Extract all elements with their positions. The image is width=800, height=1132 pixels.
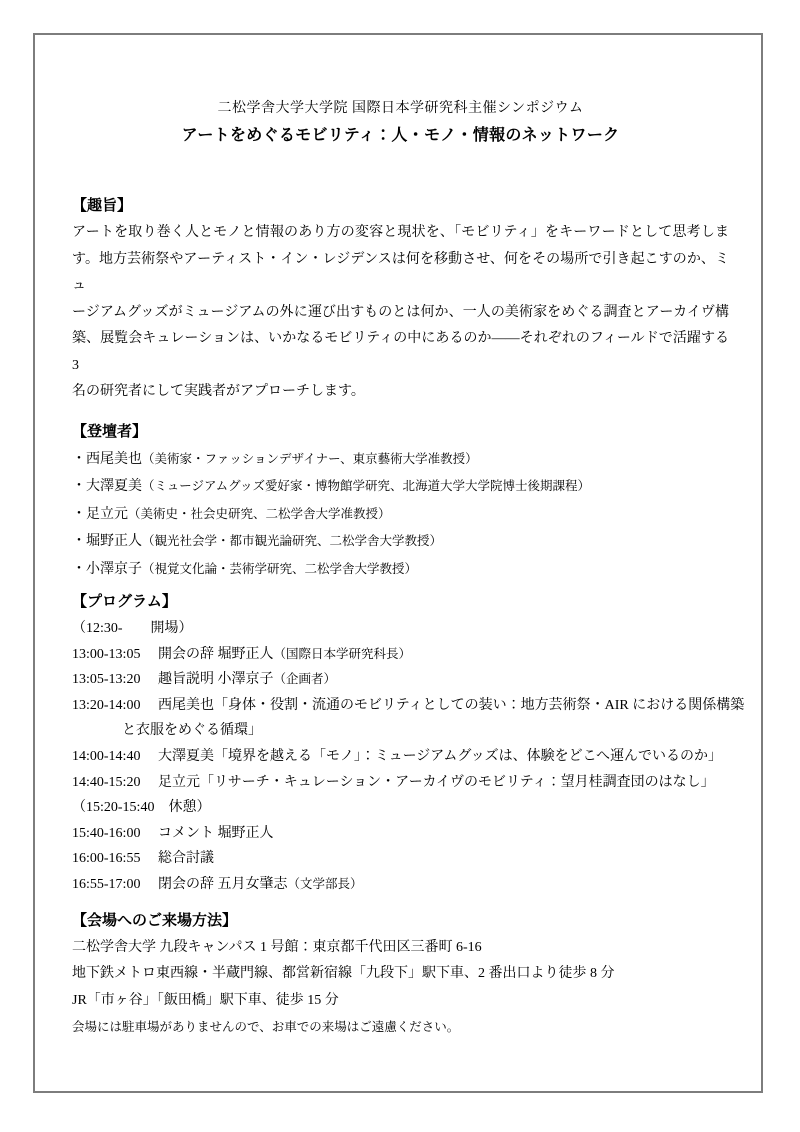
purpose-heading: 【趣旨】 — [72, 193, 729, 220]
symposium-supertitle: 二松学舎大学大学院 国際日本学研究科主催シンポジウム — [72, 95, 729, 122]
speaker-name: ・西尾美也 — [72, 452, 142, 467]
purpose-line: 名の研究者にして実践者がアプローチします。 — [72, 379, 729, 406]
program-row: 13:00-13:05 開会の辞 堀野正人（国際日本学研究科長） — [72, 642, 729, 668]
section-purpose: 【趣旨】 アートを取り巻く人とモノと情報のあり方の変容と現状を、「モビリティ」を… — [72, 193, 729, 406]
program-row: 14:40-15:20 足立元「リサーチ・キュレーション・アーカイヴのモビリティ… — [72, 770, 729, 796]
program-time: 14:00-14:40 — [72, 744, 158, 770]
program-text-note: （企画者） — [274, 672, 337, 686]
access-parking-note: 会場には駐車場がありませんので、お車での来場はご遠慮ください。 — [72, 1014, 729, 1041]
program-text-note: （文学部長） — [288, 877, 363, 891]
speakers-heading: 【登壇者】 — [72, 419, 729, 446]
access-line-venue: 二松学舎大学 九段キャンパス 1 号館：東京都千代田区三番町 6-16 — [72, 935, 729, 962]
program-row-continuation: と衣服をめぐる循環」 — [72, 718, 729, 744]
speaker-item: ・西尾美也（美術家・ファッションデザイナー、東京藝術大学准教授） — [72, 446, 729, 474]
program-text-main: 趣旨説明 小澤京子 — [158, 672, 274, 687]
program-text: 西尾美也「身体・役割・流通のモビリティとしての装い：地方芸術祭・AIR における… — [158, 693, 744, 719]
section-access: 【会場へのご来場方法】 二松学舎大学 九段キャンパス 1 号館：東京都千代田区三… — [72, 908, 729, 1041]
program-text-main: コメント 堀野正人 — [158, 826, 274, 841]
program-text: 大澤夏美「境界を越える「モノ」：ミュージアムグッズは、体験をどこへ運んでいるのか… — [158, 744, 722, 770]
symposium-title: アートをめぐるモビリティ：人・モノ・情報のネットワーク — [72, 122, 729, 149]
program-time: 13:20-14:00 — [72, 693, 158, 719]
program-text: 総合討議 — [158, 846, 214, 872]
access-heading: 【会場へのご来場方法】 — [72, 908, 729, 935]
purpose-line: アートを取り巻く人とモノと情報のあり方の変容と現状を、「モビリティ」をキーワード… — [72, 220, 729, 247]
program-text-main: 足立元「リサーチ・キュレーション・アーカイヴのモビリティ：望月桂調査団のはなし」 — [158, 775, 715, 790]
program-row: 14:00-14:40 大澤夏美「境界を越える「モノ」：ミュージアムグッズは、体… — [72, 744, 729, 770]
program-row: 13:20-14:00 西尾美也「身体・役割・流通のモビリティとしての装い：地方… — [72, 693, 729, 719]
speaker-note: （美術家・ファッションデザイナー、東京藝術大学准教授） — [142, 452, 478, 466]
section-speakers: 【登壇者】 ・西尾美也（美術家・ファッションデザイナー、東京藝術大学准教授） ・… — [72, 419, 729, 584]
program-text-main: 総合討議 — [158, 851, 214, 866]
speaker-name: ・小澤京子 — [72, 562, 142, 577]
document-page: 二松学舎大学大学院 国際日本学研究科主催シンポジウム アートをめぐるモビリティ：… — [0, 0, 800, 1132]
speaker-note: （観光社会学・都市観光論研究、二松学舎大学教授） — [142, 534, 442, 548]
program-row: 16:00-16:55 総合討議 — [72, 846, 729, 872]
speaker-item: ・小澤京子（視覚文化論・芸術学研究、二松学舎大学教授） — [72, 556, 729, 584]
speaker-name: ・足立元 — [72, 507, 128, 522]
program-text-main: 開会の辞 堀野正人 — [158, 647, 274, 662]
speaker-note: （ミュージアムグッズ愛好家・博物館学研究、北海道大学大学院博士後期課程） — [142, 479, 590, 493]
purpose-line: 築、展覧会キュレーションは、いかなるモビリティの中にあるのか——それぞれのフィー… — [72, 326, 729, 379]
speaker-name: ・堀野正人 — [72, 534, 142, 549]
program-time: 15:40-16:00 — [72, 821, 158, 847]
program-text-main: 閉会の辞 五月女肇志 — [158, 877, 288, 892]
page-content: 二松学舎大学大学院 国際日本学研究科主催シンポジウム アートをめぐるモビリティ：… — [72, 95, 729, 1041]
purpose-line: ージアムグッズがミュージアムの外に運び出すものとは何か、一人の美術家をめぐる調査… — [72, 300, 729, 327]
program-text-main: 大澤夏美「境界を越える「モノ」：ミュージアムグッズは、体験をどこへ運んでいるのか… — [158, 749, 722, 764]
speaker-item: ・足立元（美術史・社会史研究、二松学舎大学准教授） — [72, 501, 729, 529]
access-line-subway: 地下鉄メトロ東西線・半蔵門線、都営新宿線「九段下」駅下車、2 番出口より徒歩 8… — [72, 961, 729, 988]
speaker-note: （美術史・社会史研究、二松学舎大学准教授） — [128, 507, 391, 521]
speaker-item: ・大澤夏美（ミュージアムグッズ愛好家・博物館学研究、北海道大学大学院博士後期課程… — [72, 473, 729, 501]
program-heading: 【プログラム】 — [72, 589, 729, 616]
section-program: 【プログラム】 （12:30- 開場） 13:00-13:05 開会の辞 堀野正… — [72, 589, 729, 898]
program-time: 13:00-13:05 — [72, 642, 158, 668]
program-row: （12:30- 開場） — [72, 616, 729, 642]
program-text-note: （国際日本学研究科長） — [274, 647, 412, 661]
program-text-main: 西尾美也「身体・役割・流通のモビリティとしての装い：地方芸術祭・AIR における… — [158, 698, 744, 713]
purpose-line: す。地方芸術祭やアーティスト・イン・レジデンスは何を移動させ、何をその場所で引き… — [72, 247, 729, 300]
speaker-name: ・大澤夏美 — [72, 479, 142, 494]
program-row: （15:20-15:40 休憩） — [72, 795, 729, 821]
program-time: 16:00-16:55 — [72, 846, 158, 872]
speaker-item: ・堀野正人（観光社会学・都市観光論研究、二松学舎大学教授） — [72, 528, 729, 556]
program-row: 13:05-13:20 趣旨説明 小澤京子（企画者） — [72, 667, 729, 693]
program-text: 趣旨説明 小澤京子（企画者） — [158, 667, 336, 693]
access-line-jr: JR「市ヶ谷」「飯田橋」駅下車、徒歩 15 分 — [72, 988, 729, 1015]
program-text: コメント 堀野正人 — [158, 821, 274, 847]
program-time: 14:40-15:20 — [72, 770, 158, 796]
program-text: 閉会の辞 五月女肇志（文学部長） — [158, 872, 363, 898]
speaker-note: （視覚文化論・芸術学研究、二松学舎大学教授） — [142, 562, 417, 576]
program-text: 開会の辞 堀野正人（国際日本学研究科長） — [158, 642, 411, 668]
program-time: 13:05-13:20 — [72, 667, 158, 693]
program-text: 足立元「リサーチ・キュレーション・アーカイヴのモビリティ：望月桂調査団のはなし」 — [158, 770, 715, 796]
program-row: 15:40-16:00 コメント 堀野正人 — [72, 821, 729, 847]
program-time: 16:55-17:00 — [72, 872, 158, 898]
program-row: 16:55-17:00 閉会の辞 五月女肇志（文学部長） — [72, 872, 729, 898]
